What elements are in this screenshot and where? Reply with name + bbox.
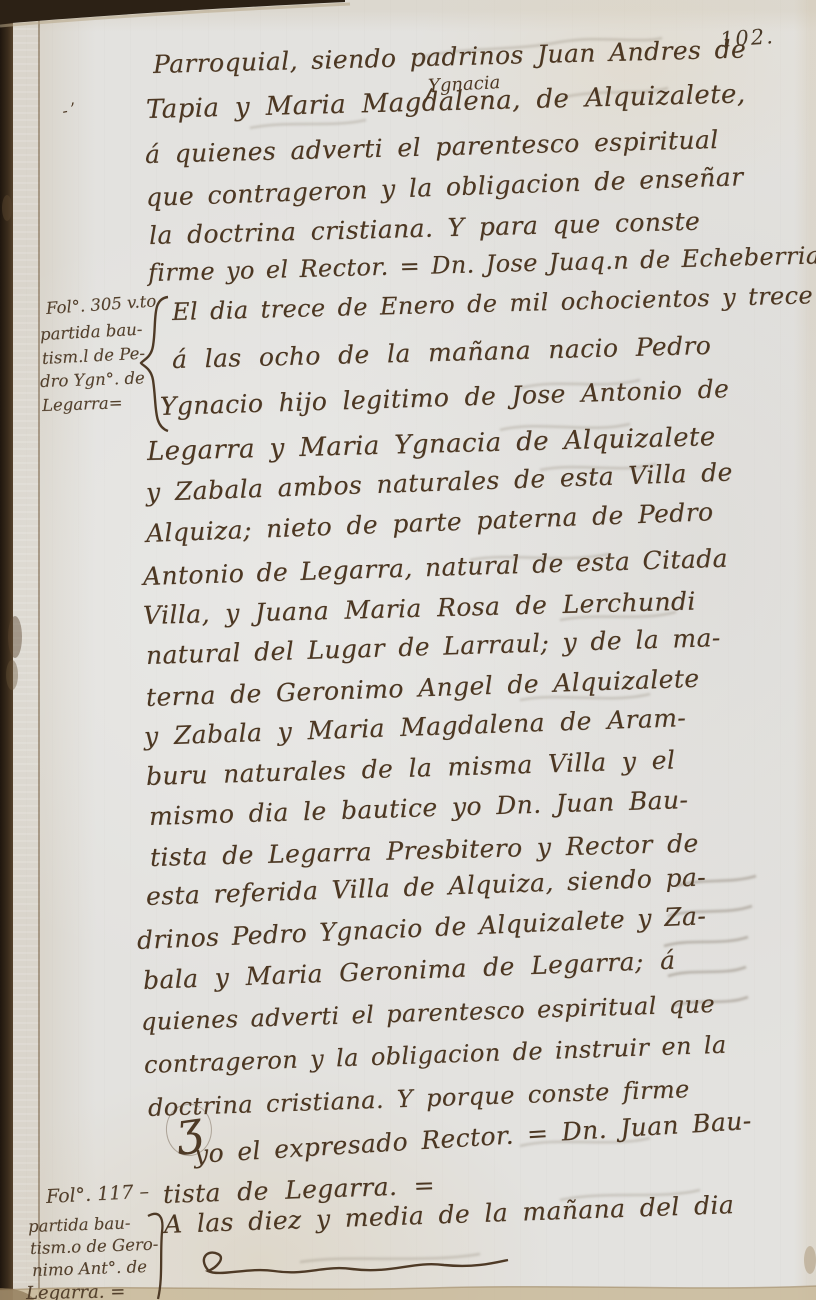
- manuscript-line: Ygnacio hijo legitimo de Jose Antonio de: [160, 374, 730, 421]
- margin-note-line: tism.o de Gero-: [30, 1235, 159, 1258]
- edge-stain: [6, 660, 18, 690]
- manuscript-line: la doctrina cristiana. Y para que conste: [149, 207, 701, 250]
- manuscript-line: Antonio de Legarra, natural de esta Cita…: [143, 544, 729, 591]
- margin-note-line: partida bau-: [28, 1213, 131, 1236]
- manuscript-line: contrageron y la obligacion de instruir …: [144, 1031, 728, 1079]
- manuscript-line: á quienes adverti el parentesco espiritu…: [145, 125, 719, 169]
- manuscript-line: que contrageron y la obligacion de enseñ…: [145, 162, 743, 212]
- bleedthrough-margin-note: [664, 876, 756, 1006]
- manuscript-line: Parroquial, siendo padrinos Juan Andres …: [153, 34, 747, 79]
- edge-stain: [2, 195, 12, 221]
- margin-note-line: Fol°. 117 –: [45, 1181, 149, 1208]
- manuscript-line: Villa, y Juana Maria Rosa de Lerchundi: [143, 587, 696, 630]
- manuscript-line: bala y Maria Geronima de Legarra; á: [142, 946, 675, 995]
- edge-stain: [804, 1246, 816, 1274]
- edge-stain: [8, 616, 22, 658]
- margin-note-line: Legarra=: [42, 393, 123, 415]
- manuscript-line: quienes adverti el parentesco espiritual…: [141, 990, 716, 1036]
- margin-note-line: partida bau-: [40, 320, 143, 344]
- margin-note-line: nimo Ant°. de: [32, 1257, 148, 1280]
- manuscript-line: mismo dia le bautice yo Dn. Juan Bau-: [149, 785, 689, 831]
- margin-note-line: dro Ygn°. de: [40, 368, 145, 391]
- margin-note-line: Fol°. 305 v.to: [45, 291, 156, 318]
- manuscript-line: á las ocho de la mañana nacio Pedro: [172, 331, 712, 374]
- manuscript-line: buru naturales de la misma Villa y el: [146, 745, 676, 791]
- margin-tick-mark: -ʼ: [60, 98, 80, 120]
- manuscript-line: Alquiza; nieto de parte paterna de Pedro: [145, 497, 714, 548]
- manuscript-line: Tapia y Maria Magdalena, de Alquizalete,: [146, 79, 746, 125]
- manuscript-line: natural del Lugar de Larraul; y de la ma…: [146, 623, 721, 670]
- manuscript-line: El dia trece de Enero de mil ochocientos…: [172, 281, 814, 326]
- margin-note-line: Legarra. =: [26, 1281, 126, 1300]
- margin-note-line: tism.l de Pe-: [42, 344, 146, 368]
- manuscript-line: firme yo el Rector. = Dn. Jose Juaq.n de…: [148, 241, 816, 287]
- manuscript-page: 102. -ʼ Parroquial, siendo padrinos Juan…: [0, 0, 816, 1300]
- manuscript-line: y Zabala y Maria Magdalena de Aram-: [143, 703, 686, 751]
- signature-flourish: [196, 1246, 516, 1290]
